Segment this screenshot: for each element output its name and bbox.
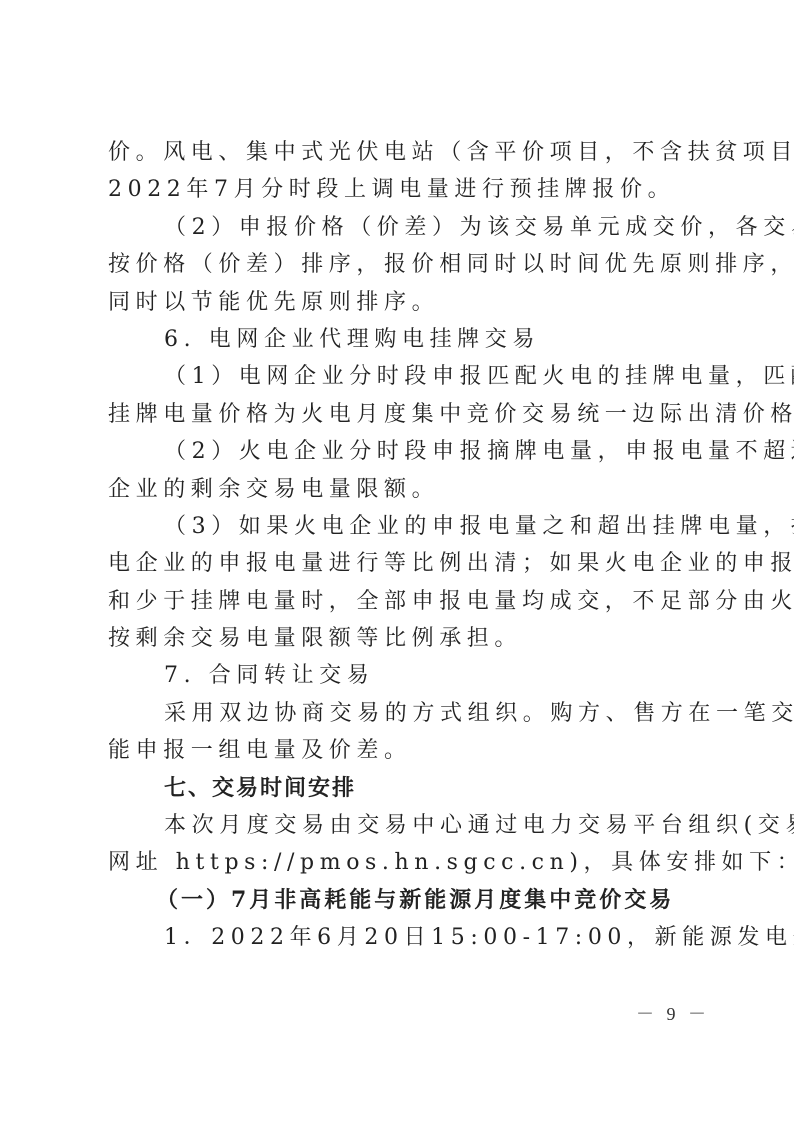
section-heading: 七、交易时间安排 [108,770,698,807]
text-line: 价。风电、集中式光伏电站（含平价项目，不含扶贫项目）对 [108,134,698,171]
text-line: （2）火电企业分时段申报摘牌电量，申报电量不超过火电 [108,433,698,470]
section-item-heading: 6. 电网企业代理购电挂牌交易 [108,321,698,358]
text-line: 企业的剩余交易电量限额。 [108,471,698,508]
document-body: 价。风电、集中式光伏电站（含平价项目，不含扶贫项目）对 2022年7月分时段上调… [108,134,698,957]
text-line: （2）申报价格（价差）为该交易单元成交价，各交易单元 [108,209,698,246]
text-line: （1）电网企业分时段申报匹配火电的挂牌电量，匹配火电 [108,358,698,395]
text-line: 和少于挂牌电量时，全部申报电量均成交，不足部分由火电企业 [108,583,698,620]
text-line: 本次月度交易由交易中心通过电力交易平台组织(交易平台 [108,807,698,844]
text-line: 1．2022年6月20日15:00-17:00，新能源发电企业、电力 [108,919,698,956]
section-item-heading: 7. 合同转让交易 [108,657,698,694]
text-line: 网址 https://pmos.hn.sgcc.cn)，具体安排如下： [108,844,698,881]
text-line: 同时以节能优先原则排序。 [108,284,698,321]
text-line: 能申报一组电量及价差。 [108,732,698,769]
text-line: 按价格（价差）排序，报价相同时以时间优先原则排序，时间相 [108,246,698,283]
text-line: 2022年7月分时段上调电量进行预挂牌报价。 [108,171,698,208]
subsection-heading: （一）7月非高耗能与新能源月度集中竞价交易 [108,882,698,919]
text-line: （3）如果火电企业的申报电量之和超出挂牌电量，按各火 [108,508,698,545]
text-line: 挂牌电量价格为火电月度集中竞价交易统一边际出清价格。 [108,396,698,433]
text-line: 电企业的申报电量进行等比例出清；如果火电企业的申报电量之 [108,545,698,582]
text-line: 采用双边协商交易的方式组织。购方、售方在一笔交易中只 [108,695,698,732]
text-line: 按剩余交易电量限额等比例承担。 [108,620,698,657]
page-number: － 9 － [636,1000,710,1026]
